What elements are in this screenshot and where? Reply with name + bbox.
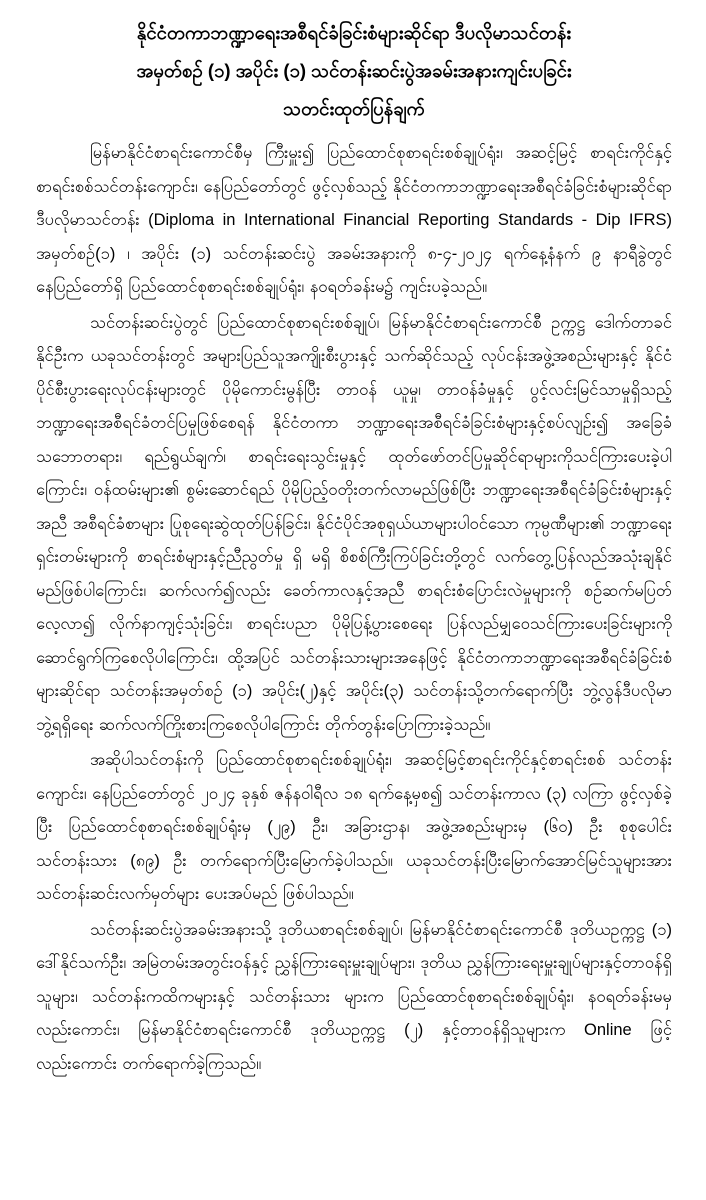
document-body: မြန်မာနိုင်ငံစာရင်းကောင်စီမှ ကြီးမှူး၍ ပ… [36, 137, 672, 1081]
title-line-2: အမှတ်စဉ် (၁) အပိုင်း (၁) သင်တန်းဆင်းပွဲအ… [36, 52, 672, 90]
paragraph-chairman-speech: သင်တန်းဆင်းပွဲတွင် ပြည်ထောင်စုစာရင်းစစ်ခ… [36, 307, 672, 743]
document-title: နိုင်ငံတကာဘဏ္ဍာရေးအစီရင်ခံခြင်းစံများဆို… [36, 14, 672, 128]
paragraph-opening-ceremony: မြန်မာနိုင်ငံစာရင်းကောင်စီမှ ကြီးမှူး၍ ပ… [36, 137, 672, 305]
title-line-3: သတင်းထုတ်ပြန်ချက် [36, 90, 672, 128]
paragraph-course-details: အဆိုပါသင်တန်းကို ပြည်ထောင်စုစာရင်းစစ်ချု… [36, 744, 672, 912]
title-line-1: နိုင်ငံတကာဘဏ္ဍာရေးအစီရင်ခံခြင်းစံများဆို… [36, 14, 672, 52]
paragraph-attendees: သင်တန်းဆင်းပွဲအခမ်းအနားသို့ ဒုတိယစာရင်းစ… [36, 914, 672, 1082]
document-page: နိုင်ငံတကာဘဏ္ဍာရေးအစီရင်ခံခြင်းစံများဆို… [0, 0, 706, 1200]
